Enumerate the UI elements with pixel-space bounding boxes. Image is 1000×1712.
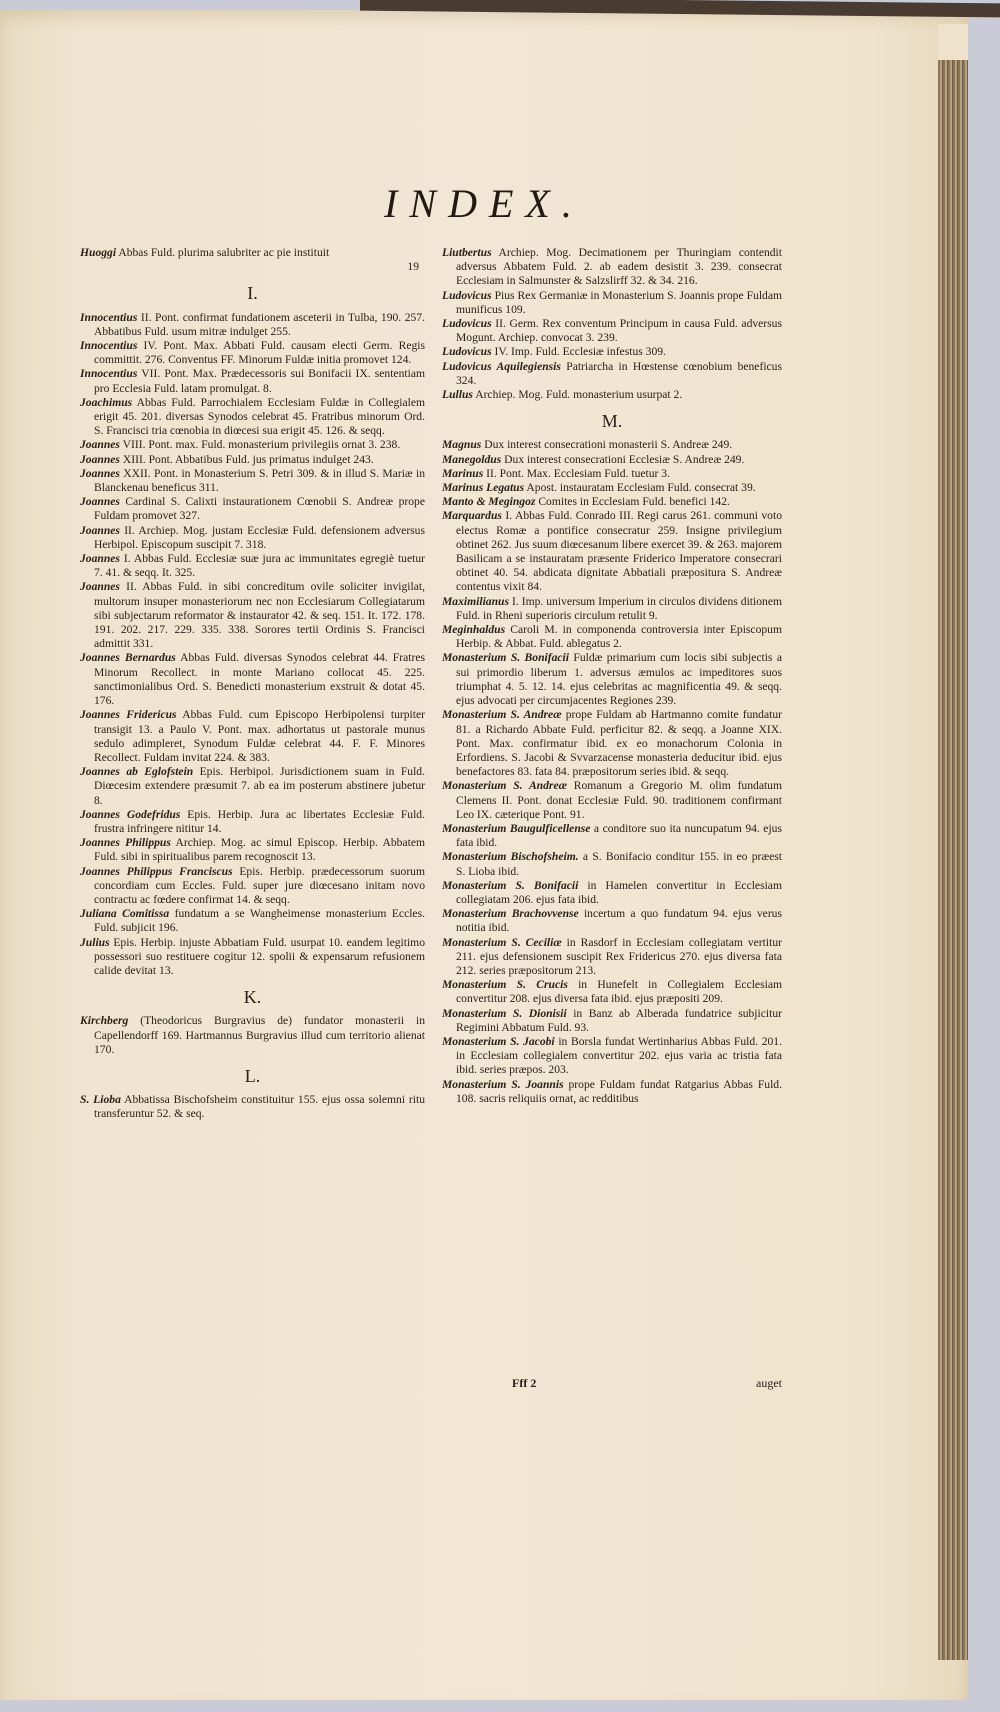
index-entry: Joannes Cardinal S. Calixti instauration…	[80, 495, 425, 523]
entry-text: Comites in Ecclesiam Fuld. benefici 142.	[535, 495, 729, 508]
entry-head: Monasterium S. Joannis	[442, 1078, 564, 1091]
entry-head: Magnus	[442, 438, 481, 451]
index-entry: Joannes XIII. Pont. Abbatibus Fuld. jus …	[80, 453, 425, 467]
entry-head: Joannes	[80, 453, 120, 466]
entry-text: XIII. Pont. Abbatibus Fuld. jus primatus…	[120, 453, 374, 466]
entry-text: Abbas Fuld. plurima salubriter ac pie in…	[116, 246, 329, 259]
entry-text: Archiep. Mog. Decimationem per Thuringia…	[456, 246, 782, 287]
section-letter: I.	[80, 286, 425, 300]
index-entry: Ludovicus Aquilegiensis Patriarcha in Hœ…	[442, 360, 782, 388]
entry-head: Marinus	[442, 467, 483, 480]
entry-head: Joachimus	[80, 396, 132, 409]
entry-head: Joannes Philippus Franciscus	[80, 865, 233, 878]
entry-text: II. Archiep. Mog. justam Ecclesiæ Fuld. …	[94, 524, 425, 551]
entry-head: Marinus Legatus	[442, 481, 524, 494]
index-entry: Joannes I. Abbas Fuld. Ecclesiæ suæ jura…	[80, 552, 425, 580]
entry-head: Joannes	[80, 552, 120, 565]
index-entry: Joannes ab Eglofstein Epis. Herbipol. Ju…	[80, 765, 425, 808]
index-entry: Joannes Godefridus Epis. Herbip. Jura ac…	[80, 808, 425, 836]
right-column: Liutbertus Archiep. Mog. Decimationem pe…	[442, 246, 782, 1106]
entry-text: Dux interest consecrationi monasterii S.…	[481, 438, 732, 451]
index-entry: Monasterium S. Andreæ Romanum a Gregorio…	[442, 779, 782, 822]
index-entry: Maximilianus I. Imp. universum Imperium …	[442, 595, 782, 623]
index-entry: Monasterium S. Dionisii in Banz ab Alber…	[442, 1007, 782, 1035]
index-entry: Monasterium Brachovvense incertum a quo …	[442, 907, 782, 935]
entry-text: Dux interest consecrationi Ecclesiæ S. A…	[501, 453, 744, 466]
entry-head: Ludovicus	[442, 289, 492, 302]
entry-head: Monasterium S. Andreæ	[442, 708, 562, 721]
signature-mark: Fff 2	[512, 1376, 536, 1391]
index-entry: Ludovicus IV. Imp. Fuld. Ecclesiæ infest…	[442, 345, 782, 359]
index-entry: S. Lioba Abbatissa Bischofsheim constitu…	[80, 1093, 425, 1121]
index-entry: Joannes Philippus Franciscus Epis. Herbi…	[80, 865, 425, 908]
index-entry: Joannes Fridericus Abbas Fuld. cum Episc…	[80, 708, 425, 765]
entry-text: Abbas Fuld. Parrochialem Ecclesiam Fuldæ…	[94, 396, 425, 437]
index-entry: Manto & Megingoz Comites in Ecclesiam Fu…	[442, 495, 782, 509]
index-entry: Joannes II. Abbas Fuld. in sibi concredi…	[80, 580, 425, 651]
index-entry: Joannes VIII. Pont. max. Fuld. monasteri…	[80, 438, 425, 452]
entry-text: XXII. Pont. in Monasterium S. Petri 309.…	[94, 467, 425, 494]
index-entry: Manegoldus Dux interest consecrationi Ec…	[442, 453, 782, 467]
entry-text: IV. Imp. Fuld. Ecclesiæ infestus 309.	[492, 345, 666, 358]
entry-text: (Theodoricus Burgravius de) fundator mon…	[94, 1014, 425, 1055]
entry-head: Joannes ab Eglofstein	[80, 765, 193, 778]
entry-head: Meginhaldus	[442, 623, 505, 636]
index-entry: Monasterium S. Jacobi in Borsla fundat W…	[442, 1035, 782, 1078]
index-entry: Juliana Comitissa fundatum a se Wangheim…	[80, 907, 425, 935]
entry-head: Ludovicus	[442, 317, 492, 330]
entry-head: Monasterium Bischofsheim.	[442, 850, 579, 863]
entry-head: Joannes Bernardus	[80, 651, 176, 664]
entry-head: S. Lioba	[80, 1093, 121, 1106]
section-letter: M.	[442, 414, 782, 428]
section-letter: K.	[80, 990, 425, 1004]
index-entry: Ludovicus II. Germ. Rex conventum Princi…	[442, 317, 782, 345]
entry-text: Apost. instauratam Ecclesiam Fuld. conse…	[524, 481, 756, 494]
index-entry: Monasterium Bischofsheim. a S. Bonifacio…	[442, 850, 782, 878]
entry-head: Innocentius	[80, 339, 137, 352]
index-entry: Magnus Dux interest consecrationi monast…	[442, 438, 782, 452]
catchword: auget	[756, 1376, 782, 1391]
entry-head: Ludovicus	[442, 345, 492, 358]
index-entry: Monasterium S. Ceciliæ in Rasdorf in Ecc…	[442, 936, 782, 979]
entry-head: Monasterium S. Andreæ	[442, 779, 567, 792]
entry-head: Manto & Megingoz	[442, 495, 535, 508]
entry-head: Joannes	[80, 467, 120, 480]
book-page: INDEX. Huoggi Abbas Fuld. plurima salubr…	[0, 10, 968, 1700]
entry-head: Marquardus	[442, 509, 502, 522]
index-entry: Joannes Philippus Archiep. Mog. ac simul…	[80, 836, 425, 864]
entry-text: Caroli M. in componenda controversia int…	[456, 623, 782, 650]
entry-head: Joannes Fridericus	[80, 708, 177, 721]
index-entry: Monasterium Baugulficellense a conditore…	[442, 822, 782, 850]
entry-text: Epis. Herbip. injuste Abbatiam Fuld. usu…	[94, 936, 425, 977]
index-entry: Monasterium S. Bonifacii in Hamelen conv…	[442, 879, 782, 907]
entry-head: Joannes	[80, 580, 120, 593]
entry-head: Monasterium S. Bonifacii	[442, 879, 578, 892]
index-entry: Julius Epis. Herbip. injuste Abbatiam Fu…	[80, 936, 425, 979]
page-reference: 19	[80, 260, 425, 274]
entry-head: Joannes	[80, 524, 120, 537]
index-entry: Marinus II. Pont. Max. Ecclesiam Fuld. t…	[442, 467, 782, 481]
entry-head: Ludovicus Aquilegiensis	[442, 360, 561, 373]
entry-head: Joannes Philippus	[80, 836, 171, 849]
index-entry: Joannes Bernardus Abbas Fuld. diversas S…	[80, 651, 425, 708]
entry-head: Juliana Comitissa	[80, 907, 169, 920]
index-entry: Lullus Archiep. Mog. Fuld. monasterium u…	[442, 388, 782, 402]
entry-text: VIII. Pont. max. Fuld. monasterium privi…	[120, 438, 400, 451]
entry-head: Maximilianus	[442, 595, 509, 608]
entry-head: Monasterium S. Jacobi	[442, 1035, 555, 1048]
index-entry: Liutbertus Archiep. Mog. Decimationem pe…	[442, 246, 782, 289]
index-entry: Monasterium S. Crucis in Hunefelt in Col…	[442, 978, 782, 1006]
entry-text: Cardinal S. Calixti instaurationem Cœnob…	[94, 495, 425, 522]
entry-head: Joannes Godefridus	[80, 808, 180, 821]
entry-text: II. Pont. confirmat fundationem asceteri…	[94, 311, 425, 338]
entry-text: II. Germ. Rex conventum Principum in cau…	[456, 317, 782, 344]
index-entry: Huoggi Abbas Fuld. plurima salubriter ac…	[80, 246, 425, 260]
index-entry: Monasterium S. Andreæ prope Fuldam ab Ha…	[442, 708, 782, 779]
index-entry: Kirchberg (Theodoricus Burgravius de) fu…	[80, 1014, 425, 1057]
entry-head: Joannes	[80, 438, 120, 451]
index-entry: Monasterium S. Joannis prope Fuldam fund…	[442, 1078, 782, 1106]
entry-text: II. Abbas Fuld. in sibi concreditum ovil…	[94, 580, 425, 650]
entry-head: Monasterium Brachovvense	[442, 907, 579, 920]
entry-head: Manegoldus	[442, 453, 501, 466]
index-entry: Monasterium S. Bonifacii Fuldæ primarium…	[442, 651, 782, 708]
entry-head: Monasterium S. Ceciliæ	[442, 936, 562, 949]
page-edge-top	[938, 24, 968, 64]
index-entry: Ludovicus Pius Rex Germaniæ in Monasteri…	[442, 289, 782, 317]
entry-head: Lullus	[442, 388, 473, 401]
entry-text: I. Abbas Fuld. Ecclesiæ suæ jura ac immu…	[94, 552, 425, 579]
entry-head: Kirchberg	[80, 1014, 128, 1027]
entry-head: Monasterium S. Bonifacii	[442, 651, 569, 664]
entry-head: Monasterium S. Crucis	[442, 978, 568, 991]
entry-text: Archiep. Mog. Fuld. monasterium usurpat …	[473, 388, 682, 401]
entry-head: Innocentius	[80, 367, 137, 380]
page-title: INDEX.	[0, 180, 968, 227]
section-letter: L.	[80, 1069, 425, 1083]
entry-head: Huoggi	[80, 246, 116, 259]
entry-text: VII. Pont. Max. Prædecessoris sui Bonifa…	[94, 367, 425, 394]
page-stack-edge	[938, 60, 968, 1660]
entry-text: Abbatissa Bischofsheim constituitur 155.…	[94, 1093, 425, 1120]
index-entry: Innocentius II. Pont. confirmat fundatio…	[80, 311, 425, 339]
entry-head: Monasterium S. Dionisii	[442, 1007, 567, 1020]
entry-text: II. Pont. Max. Ecclesiam Fuld. tuetur 3.	[483, 467, 670, 480]
index-entry: Marquardus I. Abbas Fuld. Conrado III. R…	[442, 509, 782, 594]
index-entry: Innocentius VII. Pont. Max. Prædecessori…	[80, 367, 425, 395]
entry-head: Liutbertus	[442, 246, 492, 259]
index-entry: Innocentius IV. Pont. Max. Abbati Fuld. …	[80, 339, 425, 367]
left-column: Huoggi Abbas Fuld. plurima salubriter ac…	[80, 246, 425, 1122]
index-entry: Joannes II. Archiep. Mog. justam Ecclesi…	[80, 524, 425, 552]
entry-text: I. Abbas Fuld. Conrado III. Regi carus 2…	[456, 509, 782, 593]
index-entry: Joannes XXII. Pont. in Monasterium S. Pe…	[80, 467, 425, 495]
index-entry: Joachimus Abbas Fuld. Parrochialem Eccle…	[80, 396, 425, 439]
entry-head: Julius	[80, 936, 110, 949]
entry-head: Innocentius	[80, 311, 137, 324]
index-entry: Marinus Legatus Apost. instauratam Eccle…	[442, 481, 782, 495]
entry-head: Monasterium Baugulficellense	[442, 822, 590, 835]
entry-text: Pius Rex Germaniæ in Monasterium S. Joan…	[456, 289, 782, 316]
entry-text: IV. Pont. Max. Abbati Fuld. causam elect…	[94, 339, 425, 366]
entry-head: Joannes	[80, 495, 120, 508]
index-entry: Meginhaldus Caroli M. in componenda cont…	[442, 623, 782, 651]
